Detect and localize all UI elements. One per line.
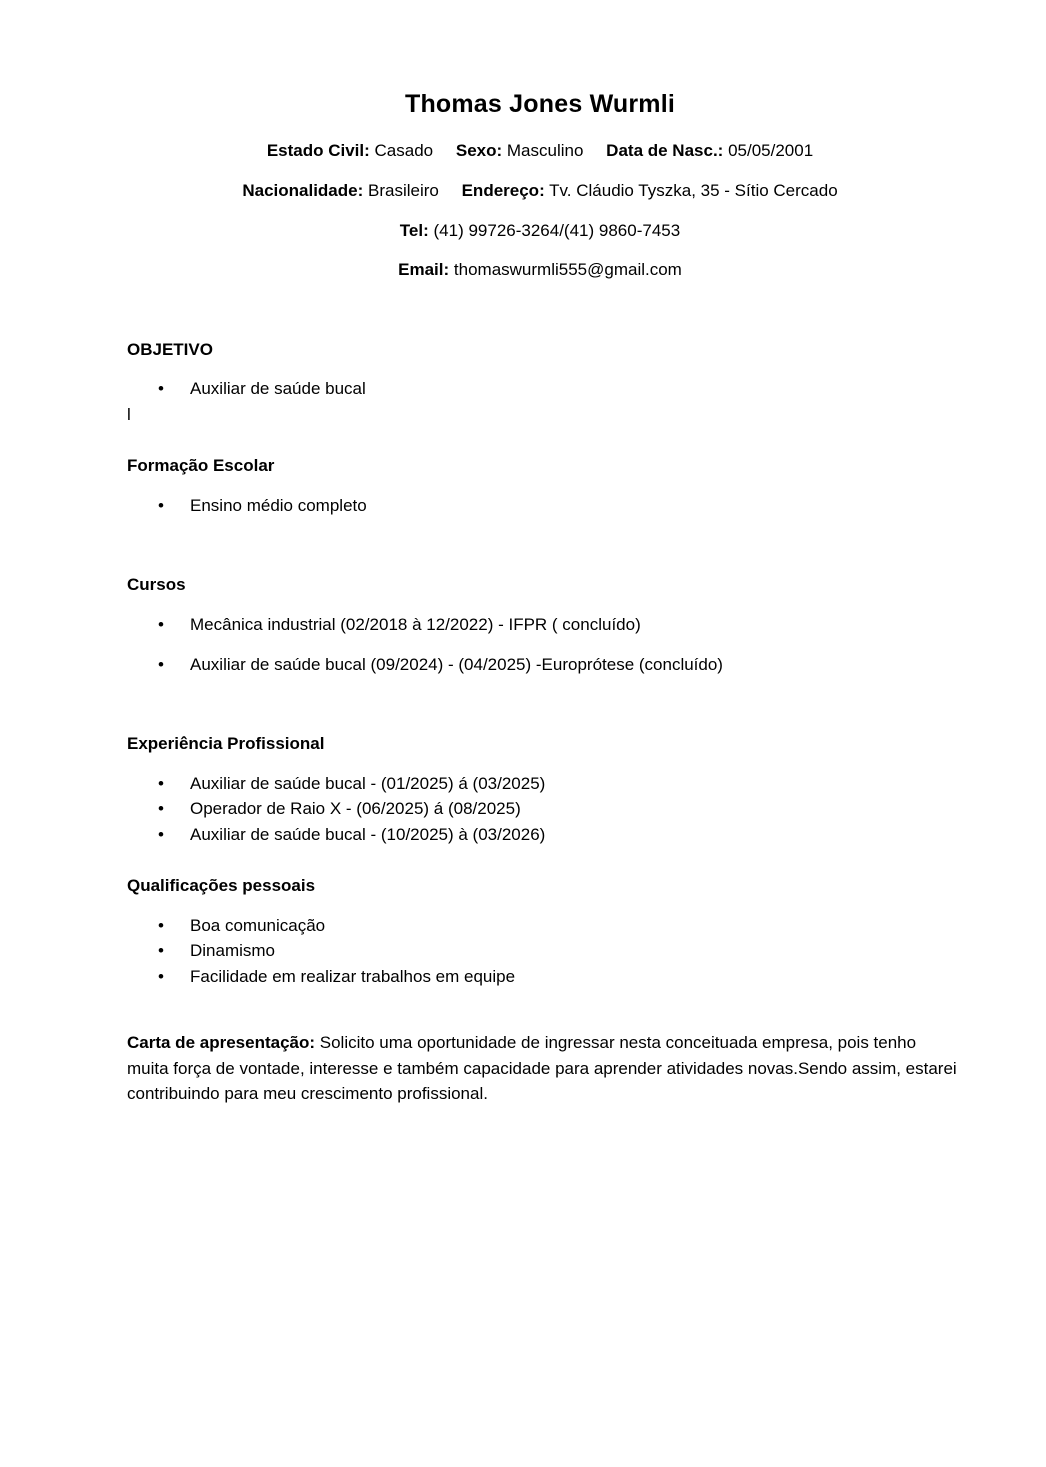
bullet-icon: • [158, 966, 190, 988]
bullet-icon: • [158, 654, 190, 676]
section-heading-cursos: Cursos [127, 574, 186, 596]
list-item: •Auxiliar de saúde bucal - (01/2025) á (… [158, 773, 545, 795]
nacionalidade-label: Nacionalidade: [242, 181, 363, 200]
cover-letter-paragraph: Carta de apresentação: Solicito uma opor… [127, 1030, 957, 1107]
list-item: •Ensino médio completo [158, 495, 367, 517]
bullet-icon: • [158, 940, 190, 962]
endereco-value: Tv. Cláudio Tyszka, 35 - Sítio Cercado [549, 181, 838, 200]
email-label: Email: [398, 260, 449, 279]
nascimento-label: Data de Nasc.: [606, 141, 723, 160]
tel-value: (41) 99726-3264/(41) 9860-7453 [434, 221, 681, 240]
bullet-icon: • [158, 824, 190, 846]
section-heading-experiencia: Experiência Profissional [127, 733, 324, 755]
list-item: •Auxiliar de saúde bucal [158, 378, 366, 400]
phone-line: Tel: (41) 99726-3264/(41) 9860-7453 [0, 220, 1046, 242]
list-item: •Facilidade em realizar trabalhos em equ… [158, 966, 515, 988]
bullet-icon: • [158, 378, 190, 400]
bullet-icon: • [158, 614, 190, 636]
cover-letter-label: Carta de apresentação: [127, 1033, 315, 1052]
list-item: •Auxiliar de saúde bucal - (10/2025) à (… [158, 824, 545, 846]
endereco-label: Endereço: [462, 181, 545, 200]
list-item: •Boa comunicação [158, 915, 325, 937]
list-item: •Auxiliar de saúde bucal (09/2024) - (04… [158, 654, 723, 676]
bullet-icon: • [158, 915, 190, 937]
candidate-name: Thomas Jones Wurmli [0, 90, 1046, 119]
bullet-icon: • [158, 495, 190, 517]
list-item: •Operador de Raio X - (06/2025) á (08/20… [158, 798, 521, 820]
section-heading-objetivo: OBJETIVO [127, 339, 213, 361]
estado-civil-value: Casado [375, 141, 434, 160]
bullet-icon: • [158, 798, 190, 820]
email-value: thomaswurmli555@gmail.com [454, 260, 682, 279]
bullet-icon: • [158, 773, 190, 795]
stray-text-cursor: l [127, 404, 131, 426]
nascimento-value: 05/05/2001 [728, 141, 813, 160]
sexo-value: Masculino [507, 141, 584, 160]
personal-info-line-2: Nacionalidade: Brasileiro Endereço: Tv. … [0, 180, 1046, 202]
section-heading-formacao: Formação Escolar [127, 455, 274, 477]
section-heading-qualificacoes: Qualificações pessoais [127, 875, 315, 897]
list-item: •Mecânica industrial (02/2018 à 12/2022)… [158, 614, 641, 636]
list-item: •Dinamismo [158, 940, 275, 962]
resume-page: Thomas Jones Wurmli Estado Civil: Casado… [0, 0, 1046, 1467]
sexo-label: Sexo: [456, 141, 502, 160]
personal-info-line-1: Estado Civil: Casado Sexo: Masculino Dat… [0, 140, 1046, 162]
tel-label: Tel: [400, 221, 429, 240]
nacionalidade-value: Brasileiro [368, 181, 439, 200]
email-line: Email: thomaswurmli555@gmail.com [0, 259, 1046, 281]
estado-civil-label: Estado Civil: [267, 141, 370, 160]
